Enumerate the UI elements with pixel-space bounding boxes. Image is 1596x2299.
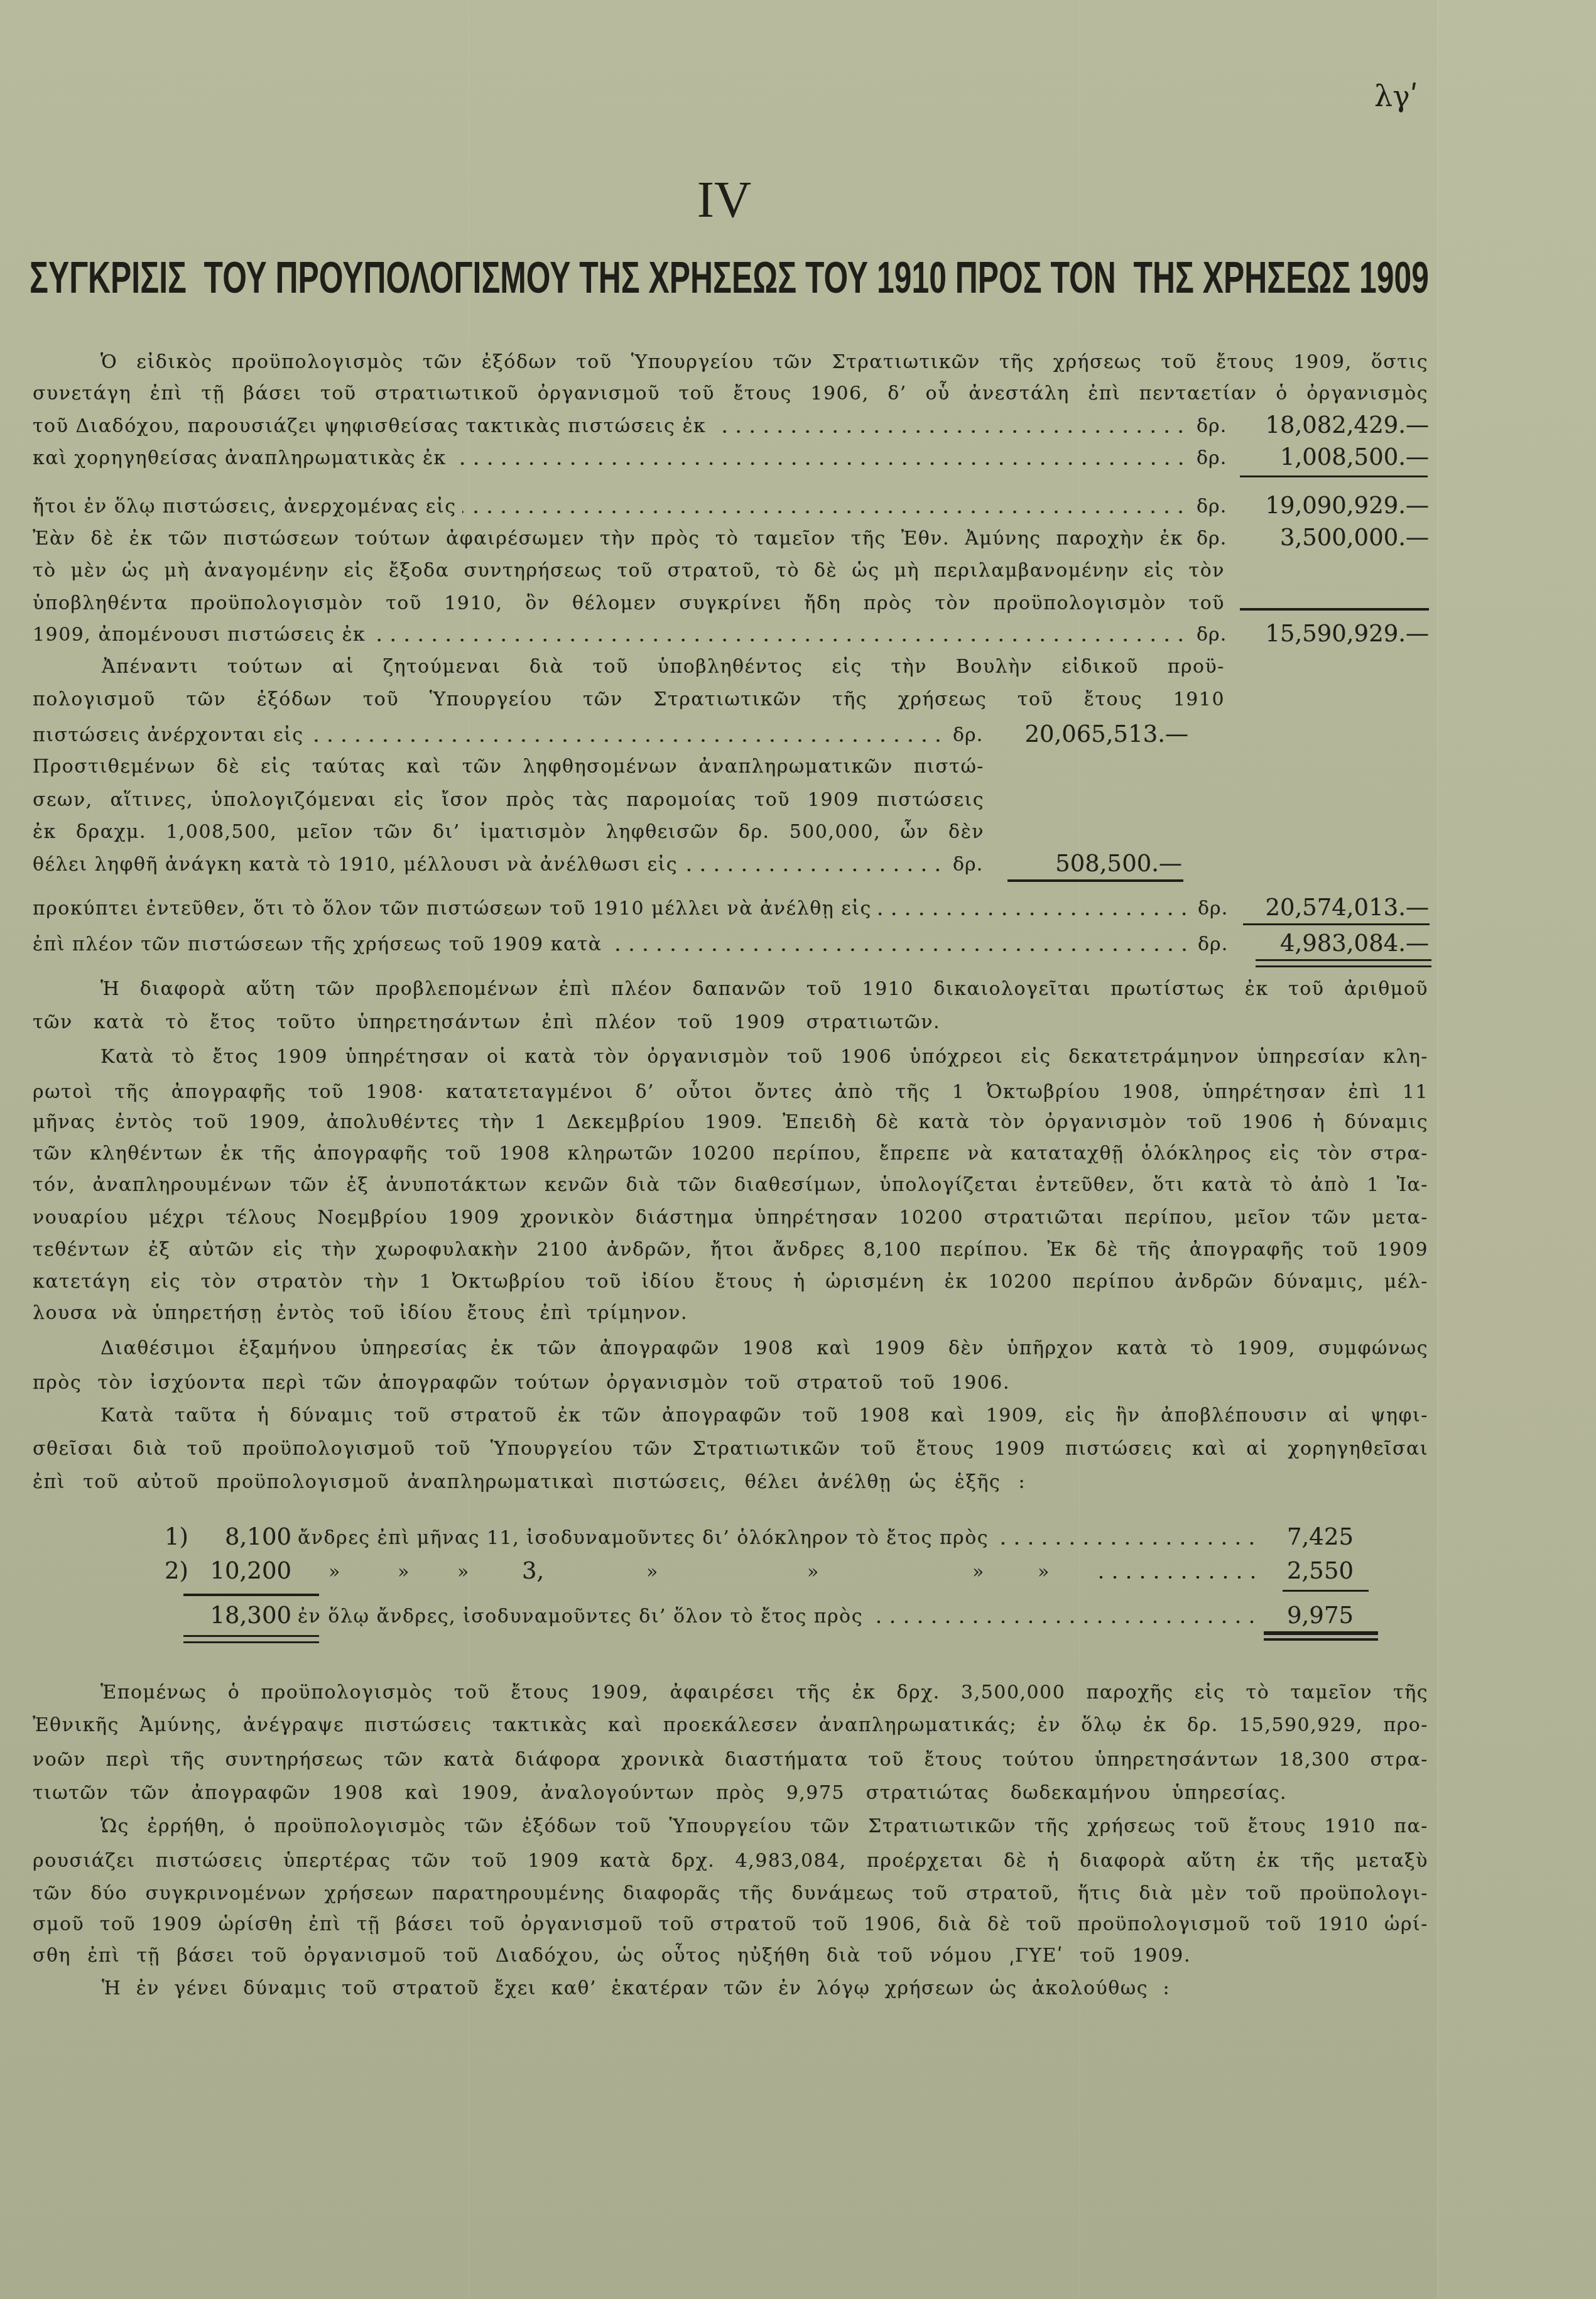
currency-label: δρ. xyxy=(1197,494,1227,519)
ditto-mark: » xyxy=(398,1560,409,1585)
amount-value: 19,090,929.— xyxy=(1265,493,1429,518)
text-line: ὑποβληθέντα προϋπολογισμὸν τοῦ 1910, ὃν … xyxy=(33,591,1225,616)
text-line: Ἡ διαφορὰ αὕτη τῶν προβλεπομένων ἐπὶ πλέ… xyxy=(100,977,1428,1002)
line-text: πιστώσεις ἀνέρχονται εἰς xyxy=(33,723,304,748)
amount-value: 18,082,429.— xyxy=(1265,413,1429,438)
page-number: λγʹ xyxy=(1374,80,1418,112)
amount-value: 20,574,013.— xyxy=(1265,895,1429,920)
text-line: τῶν κατὰ τὸ ἔτος τοῦτο ὑπηρετησάντων ἐπὶ… xyxy=(33,1010,940,1035)
text-line: σθη ἐπὶ τῇ βάσει τοῦ ὀργανισμοῦ τοῦ Διαδ… xyxy=(33,1943,1191,1969)
text-line: ἐκ δραχμ. 1,008,500, μεῖον τῶν δι’ ἱματι… xyxy=(33,820,984,845)
amount-value: 15,590,929.— xyxy=(1265,621,1429,646)
currency-label: δρ. xyxy=(1197,622,1227,648)
line-text: καὶ χορηγηθείσας ἀναπληρωματικὰς ἐκ xyxy=(33,446,447,471)
text-line: σθεῖσαι διὰ τοῦ προϋπολογισμοῦ τοῦ Ὑπουρ… xyxy=(33,1437,1428,1462)
text-line: πρὸς τὸν ἰσχύοντα περὶ τῶν ἀπογραφῶν τού… xyxy=(33,1371,1010,1396)
currency-label: δρ. xyxy=(1197,526,1227,552)
currency-label: δρ. xyxy=(1197,446,1227,471)
currency-label: δρ. xyxy=(953,852,983,878)
amount-value: 1,008,500.— xyxy=(1280,445,1429,470)
sum-rule xyxy=(1240,608,1429,611)
text-line: νουαρίου μέχρι τέλους Νοεμβρίου 1909 χρο… xyxy=(33,1205,1428,1231)
text-line: Προστιθεμένων δὲ εἰς ταύτας καὶ τῶν ληφθ… xyxy=(33,754,984,780)
text-line: λουσα νὰ ὑπηρετήσῃ ἐντὸς τοῦ ἰδίου ἔτους… xyxy=(33,1301,688,1326)
equivalent-value: 7,425 xyxy=(1287,1525,1354,1550)
ditto-mark: » xyxy=(807,1560,818,1585)
ditto-mark: » xyxy=(1038,1560,1049,1585)
leader-dots xyxy=(462,510,1188,514)
leader-dots xyxy=(878,912,1191,916)
sum-rule xyxy=(1240,476,1428,477)
sum-rule xyxy=(1283,1590,1369,1592)
budget-line: 1909, ἀπομένουσι πιστώσεις ἐκ xyxy=(33,622,1192,648)
text-line: Ὁ εἰδικὸς προϋπολογισμὸς τῶν ἐξόδων τοῦ … xyxy=(100,350,1428,375)
text-line: Ἐὰν δὲ ἐκ τῶν πιστώσεων τούτων ἀφαιρέσωμ… xyxy=(33,526,1183,552)
text-line: Διαθέσιμοι ἑξαμήνου ὑπηρεσίας ἐκ τῶν ἀπο… xyxy=(100,1336,1428,1361)
budget-line: θέλει ληφθῆ ἀνάγκη κατὰ τὸ 1910, μέλλουσ… xyxy=(33,852,948,878)
text-line: Ἀπέναντι τούτων αἱ ζητούμεναι διὰ τοῦ ὑπ… xyxy=(102,655,1225,680)
page-edge-strip xyxy=(1437,0,1596,2299)
budget-line: ἤτοι ἐν ὅλῳ πιστώσεις, ἀνερχομένας εἰς xyxy=(33,494,1192,519)
amount-value: 20,065,513.— xyxy=(1024,722,1188,747)
text-line: νοῶν περὶ τῆς συντηρήσεως τῶν κατὰ διάφο… xyxy=(33,1747,1428,1773)
currency-label: δρ. xyxy=(1198,896,1228,921)
text-line: Ἐθνικῆς Ἀμύνης, ἀνέγραψε πιστώσεις τακτι… xyxy=(33,1713,1428,1738)
leader-dots xyxy=(995,1541,1259,1545)
line-text: θέλει ληφθῆ ἀνάγκη κατὰ τὸ 1910, μέλλουσ… xyxy=(33,852,678,878)
text-line: Ἑπομένως ὁ προϋπολογισμὸς τοῦ ἔτους 1909… xyxy=(100,1680,1428,1705)
text-line: Κατὰ ταῦτα ἡ δύναμις τοῦ στρατοῦ ἐκ τῶν … xyxy=(100,1403,1428,1428)
line-text: ἐπὶ πλέον τῶν πιστώσεων τῆς χρήσεως τοῦ … xyxy=(33,932,602,957)
ditto-mark: » xyxy=(457,1560,469,1585)
ditto-mark: » xyxy=(328,1560,340,1585)
row-label: 2) xyxy=(165,1558,188,1584)
currency-label: δρ. xyxy=(1197,414,1227,439)
text-line: πολογισμοῦ τῶν ἐξόδων τοῦ Ὑπουργείου τῶν… xyxy=(33,687,1225,712)
text-line: Ὡς ἐρρήθη, ὁ προϋπολογισμὸς τῶν ἐξόδων τ… xyxy=(100,1814,1428,1839)
double-total-rule xyxy=(1264,1631,1378,1641)
text-line: σεων, αἵτινες, ὑπολογιζόμεναι εἰς ἴσον π… xyxy=(33,788,984,813)
text-line: Κατὰ τὸ ἔτος 1909 ὑπηρέτησαν οἱ κατὰ τὸν… xyxy=(100,1045,1428,1070)
total-equivalent-value: 9,975 xyxy=(1287,1603,1354,1628)
double-total-rule xyxy=(183,1635,319,1643)
currency-label: δρ. xyxy=(953,723,983,748)
text-line: τὸ μὲν ὡς μὴ ἀναγομένην εἰς ἔξοδα συντηρ… xyxy=(33,558,1225,584)
budget-line: ἐπὶ πλέον τῶν πιστώσεων τῆς χρήσεως τοῦ … xyxy=(33,932,1195,957)
row-label: 1) xyxy=(165,1525,188,1550)
text-line: τόν, ἀναπληρουμένων τῶν ἐξ ἀνυποτάκτων κ… xyxy=(33,1173,1428,1198)
text-line: Ἡ ἐν γένει δύναμις τοῦ στρατοῦ ἔχει καθ’… xyxy=(102,1976,1170,2001)
text-line: τῶν δύο συγκρινομένων χρήσεων παρατηρουμ… xyxy=(33,1881,1428,1906)
men-count: 8,100 xyxy=(225,1525,291,1550)
budget-line: πιστώσεις ἀνέρχονται εἰς xyxy=(33,723,948,748)
line-text: ἤτοι ἐν ὅλῳ πιστώσεις, ἀνερχομένας εἰς xyxy=(33,494,456,519)
budget-line: καὶ χορηγηθείσας ἀναπληρωματικὰς ἐκ xyxy=(33,446,1192,471)
text-line: ρουσιάζει πιστώσεις ὑπερτέρας τῶν τοῦ 19… xyxy=(33,1849,1428,1874)
leader-dots xyxy=(609,948,1191,952)
equivalent-value: 2,550 xyxy=(1287,1558,1354,1584)
double-total-rule xyxy=(1256,959,1431,967)
leader-dots xyxy=(869,1620,1259,1624)
budget-line: τοῦ Διαδόχου, παρουσιάζει ψηφισθείσας τα… xyxy=(33,414,1192,439)
leader-dots xyxy=(310,739,945,742)
sum-rule xyxy=(1007,879,1183,882)
men-count: 10,200 xyxy=(210,1558,291,1584)
leader-dots xyxy=(712,430,1188,433)
scanned-page: λγʹ IV ΣΥΓΚΡΙΣΙΣ ΤΟΥ ΠΡΟΥΠΟΛΟΓΙΣΜΟΥ ΤΗΣ … xyxy=(0,0,1596,2299)
text-line: τῶν κληθέντων ἐκ τῆς ἀπογραφῆς τοῦ 1908 … xyxy=(33,1141,1428,1166)
line-text: προκύπτει ἐντεῦθεν, ὅτι τὸ ὅλον τῶν πιστ… xyxy=(33,896,872,921)
section-numeral: IV xyxy=(691,174,757,226)
amount-value: 508,500.— xyxy=(1055,851,1182,876)
line-text: τοῦ Διαδόχου, παρουσιάζει ψηφισθείσας τα… xyxy=(33,414,706,439)
months-value: 3, xyxy=(522,1558,544,1584)
leader-dots xyxy=(372,638,1188,642)
leader-dots xyxy=(453,462,1188,465)
table-row-text: ἄνδρες ἐπὶ μῆνας 11, ἰσοδυναμοῦντες δι’ … xyxy=(298,1526,1262,1551)
sum-rule xyxy=(183,1594,319,1596)
text-line: κατετάγη εἰς τὸν στρατὸν τὴν 1 Ὀκτωβρίου… xyxy=(33,1269,1428,1295)
budget-line: προκύπτει ἐντεῦθεν, ὅτι τὸ ὅλον τῶν πιστ… xyxy=(33,896,1195,921)
page-title: ΣΥΓΚΡΙΣΙΣ ΤΟΥ ΠΡΟΥΠΟΛΟΓΙΣΜΟΥ ΤΗΣ ΧΡΗΣΕΩΣ… xyxy=(30,256,1429,300)
total-text: ἐν ὅλῳ ἄνδρες, ἰσοδυναμοῦντες δι’ ὅλον τ… xyxy=(298,1604,863,1629)
text-line: ρωτοὶ τῆς ἀπογραφῆς τοῦ 1908· κατατεταγμ… xyxy=(33,1080,1428,1105)
amount-value: 3,500,000.— xyxy=(1280,525,1429,550)
table-total-text: ἐν ὅλῳ ἄνδρες, ἰσοδυναμοῦντες δι’ ὅλον τ… xyxy=(298,1604,1262,1629)
sum-rule xyxy=(1243,923,1430,925)
leader-dots xyxy=(1090,1575,1260,1579)
currency-label: δρ. xyxy=(1198,932,1228,957)
ditto-mark: » xyxy=(646,1560,658,1585)
text-line: ἐπὶ τοῦ αὐτοῦ προϋπολογισμοῦ ἀναπληρωματ… xyxy=(33,1470,1026,1495)
text-line: τεθέντων ἐξ αὐτῶν εἰς τὴν χωροφυλακὴν 21… xyxy=(33,1237,1428,1263)
total-men-count: 18,300 xyxy=(210,1603,291,1628)
text-line: μῆνας ἐντὸς τοῦ 1909, ἀπολυθέντες τὴν 1 … xyxy=(33,1110,1428,1135)
text-line: τιωτῶν τῶν ἀπογραφῶν 1908 καὶ 1909, ἀναλ… xyxy=(33,1781,1287,1806)
text-line: συνετάγη ἐπὶ τῇ βάσει τοῦ στρατιωτικοῦ ὀ… xyxy=(33,381,1428,406)
line-text: 1909, ἀπομένουσι πιστώσεις ἐκ xyxy=(33,622,366,648)
row-text: ἄνδρες ἐπὶ μῆνας 11, ἰσοδυναμοῦντες δι’ … xyxy=(298,1526,989,1551)
leader-dots xyxy=(684,868,945,872)
amount-value: 4,983,084.— xyxy=(1280,931,1429,956)
text-line: σμοῦ τοῦ 1909 ὡρίσθη ἐπὶ τῇ βάσει τοῦ ὀρ… xyxy=(33,1912,1428,1937)
ditto-mark: » xyxy=(972,1560,984,1585)
